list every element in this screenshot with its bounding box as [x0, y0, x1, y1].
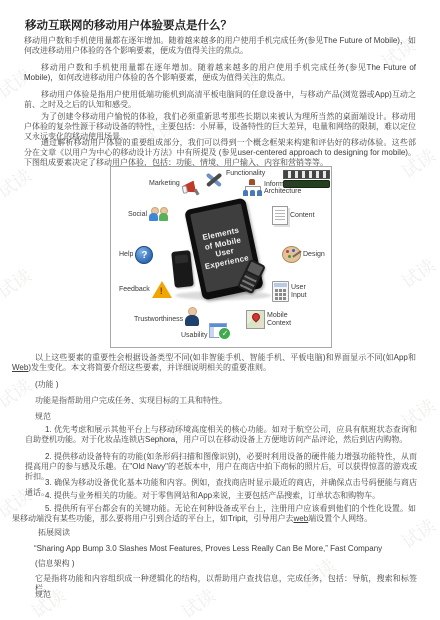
article-citation: “Sharing App Bump 3.0 Slashes Most Featu…: [34, 544, 424, 554]
document-page: 试读 试读 试读 试读 试读 试读 试读 试读 试读 试读 试读 试读 试读 试…: [0, 0, 440, 620]
badge-logo-row: [283, 170, 330, 179]
megaphone-icon: [180, 177, 203, 197]
warning-triangle-icon: !: [152, 281, 172, 298]
further-reading-label: 拓展阅读: [38, 528, 70, 538]
node-label: Help: [119, 251, 133, 259]
palette-icon: [282, 246, 301, 263]
phone-back-strip: [175, 254, 189, 263]
web-link[interactable]: Web: [12, 363, 28, 372]
section-label-information-architecture: (信息架构 ): [35, 559, 75, 569]
node-label: Usability: [181, 332, 207, 340]
spec-label: 规范: [35, 412, 51, 422]
information-architecture-description: 它是指将功能和内容组织成一种逻辑化的结构，以帮助用户查找信息，完成任务，包括：导…: [35, 574, 417, 594]
guideline-item-5: 5. 提供所有平台都会有的关键功能。无论在何种设备或平台上，注册用户应该看到他们…: [12, 504, 416, 524]
node-information-architecture: Information Architecture: [242, 179, 308, 197]
document-icon: [272, 206, 288, 225]
node-label: Social: [128, 211, 147, 219]
paragraph-importance: 以上这些要素的重要性会根据设备类型不同(如非智能手机、智能手机、平板电脑)和界面…: [12, 353, 416, 373]
node-label: Marketing: [149, 180, 180, 188]
node-label: Feedback: [119, 286, 150, 294]
preview-watermark: 试读: [0, 162, 36, 204]
paragraph-text: 以上这些要素的重要性会根据设备类型不同(如非智能手机、智能手机、平板电脑)和界面…: [35, 353, 416, 362]
node-social: Social: [128, 207, 169, 222]
people-icon: [149, 207, 169, 222]
functionality-description: 功能是指帮助用户完成任务、实现目标的工具和特性。: [35, 396, 415, 406]
mobile-ux-elements-diagram: Elements of Mobile User Experience Funct…: [110, 166, 332, 348]
web-link[interactable]: web: [293, 514, 308, 523]
preview-watermark: 试读: [0, 262, 36, 304]
paragraph-definition: 移动用户体验是指用户使用低端功能机到高清平板电脑间的任意设备中，与移动产品(浏览…: [24, 90, 416, 110]
paragraph-text: 端设置个人网络。: [308, 514, 372, 523]
keypad-icon: [272, 281, 289, 302]
node-marketing: Marketing: [149, 179, 202, 195]
preview-watermark: 试读: [0, 372, 36, 414]
org-chart-icon: [242, 179, 262, 197]
node-label: Mobile Context: [267, 312, 301, 327]
devices-illustration: Elements of Mobile User Experience: [169, 203, 279, 303]
paragraph-framework: 通过解析移动用户体验的重要组成部分，我们可以得到一个概念框架来构建和评估好的移动…: [24, 138, 416, 168]
node-label: Trustworthiness: [134, 316, 183, 324]
node-label: Information Architecture: [264, 181, 308, 196]
node-mobile-context: Mobile Context: [246, 310, 301, 329]
node-design: Design: [282, 246, 325, 263]
tools-icon: [204, 170, 224, 190]
node-usability: Usability ✓: [181, 322, 227, 340]
paragraph-text: )发生变化。本文将简要介绍这些要素，并详细说明相关的重要准则。: [28, 363, 271, 372]
node-content: Content: [272, 206, 315, 225]
guideline-item-4: 4. 提供与业务相关的功能。对于零售网站和App来说，主要包括产品搜索，订单状态…: [25, 491, 417, 501]
node-label: Functionality: [226, 170, 265, 178]
node-user-input: User Input: [272, 281, 317, 302]
section-label-functionality: (功能 ): [35, 380, 59, 390]
map-pin-icon: [246, 310, 265, 329]
spec-label: 规范: [35, 590, 51, 600]
node-label: Content: [290, 212, 315, 220]
guideline-item-1: 1. 优先考虑和展示其他平台上与移动环境高度相关的核心功能。如对于航空公司，应具…: [25, 425, 417, 445]
node-label: User Input: [291, 284, 317, 299]
node-label: Design: [303, 251, 325, 259]
node-help: Help ?: [119, 246, 153, 264]
paragraph-intro-repeat: 移动用户数和手机使用量都在逐年增加。随着越来越多的用户使用手机完成任务(参见Th…: [24, 63, 416, 83]
question-mark-icon: ?: [135, 246, 153, 264]
paragraph-intro: 移动用户数和手机使用量都在逐年增加。随着越来越多的用户使用手机完成任务(参见Th…: [24, 36, 416, 56]
node-feedback: Feedback !: [119, 281, 172, 298]
feature-phone-image: [171, 250, 194, 288]
preview-watermark: 试读: [396, 252, 440, 294]
page-title: 移动互联网的移动用户体验要点是什么？: [25, 17, 417, 33]
check-window-icon: ✓: [209, 323, 227, 338]
